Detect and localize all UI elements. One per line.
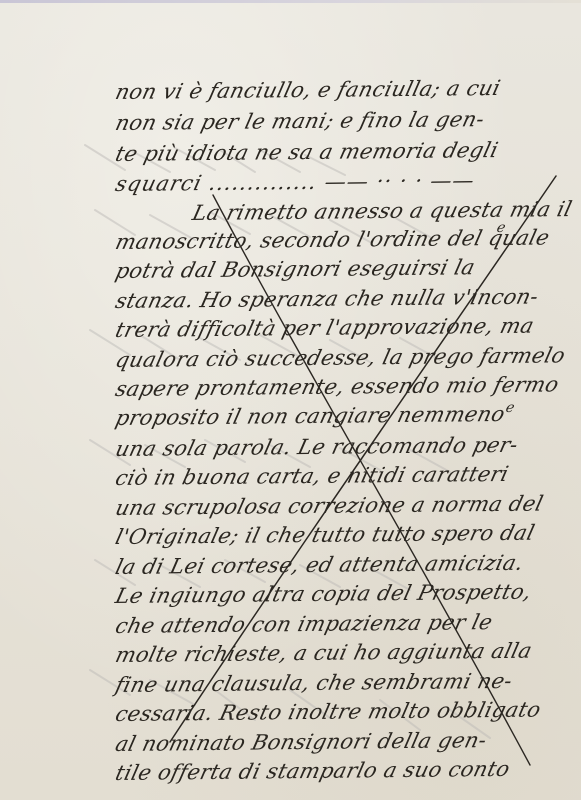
cross-out-stroke-b xyxy=(170,176,556,742)
manuscript-page: non vi è fanciullo, e fanciulla; a cui n… xyxy=(0,0,581,800)
cross-out-x xyxy=(0,0,581,800)
cross-out-stroke-a xyxy=(213,195,530,765)
